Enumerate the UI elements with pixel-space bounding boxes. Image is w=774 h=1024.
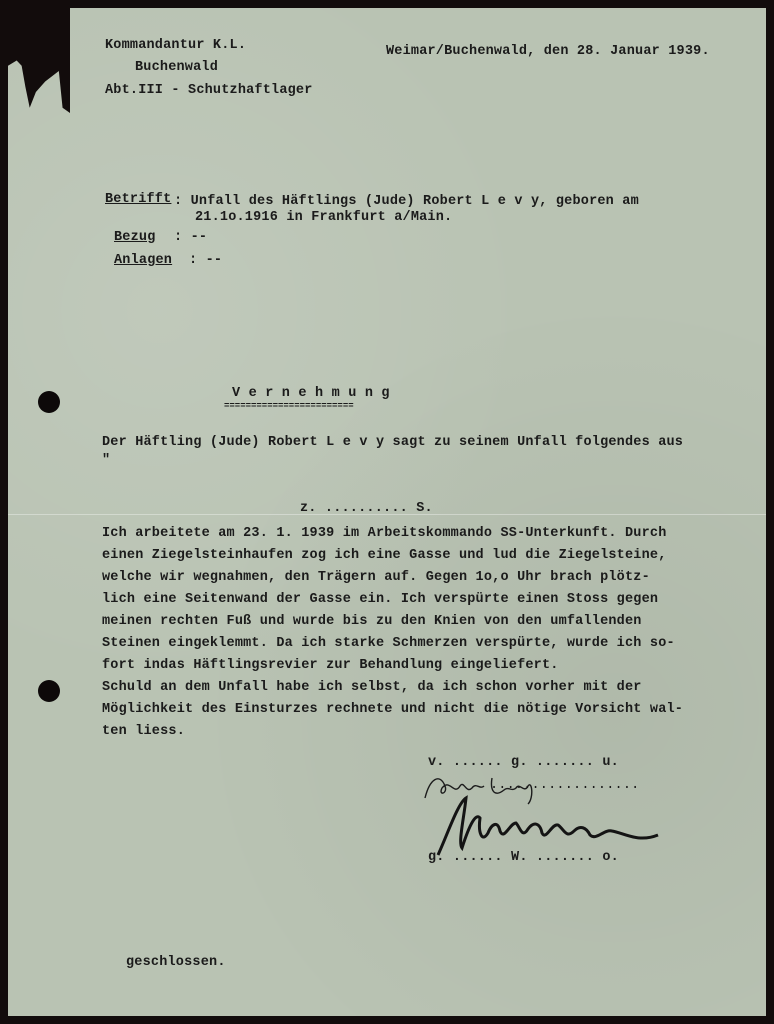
anlagen-label: Anlagen (114, 253, 172, 268)
place-date: Weimar/Buchenwald, den 28. Januar 1939. (386, 44, 710, 59)
zs-marker: z. .......... S. (300, 501, 433, 516)
title-underline: ======================== (224, 401, 354, 411)
statement-line: Steinen eingeklemmt. Da ich starke Schme… (102, 636, 675, 651)
intro-line2: " (102, 453, 110, 468)
statement-line: Möglichkeit des Einsturzes rechnete und … (102, 702, 683, 717)
statement-line: fort indas Häftlingsrevier zur Behandlun… (102, 658, 559, 673)
betrifft-text-2: 21.1o.1916 in Frankfurt a/Main. (195, 210, 452, 225)
document-title: V e r n e h m u n g (232, 386, 390, 401)
document-page: Kommandantur K.L. Buchenwald Abt.III - S… (8, 8, 766, 1016)
letterhead-line2: Buchenwald (135, 60, 218, 75)
gwo-line: g. ...... W. ....... o. (428, 850, 619, 865)
bezug-value: : -- (174, 230, 207, 245)
letterhead-line1: Kommandantur K.L. (105, 38, 246, 53)
letterhead-line3: Abt.III - Schutzhaftlager (105, 83, 313, 98)
anlagen-value: : -- (189, 253, 222, 268)
bezug-label: Bezug (114, 230, 156, 245)
statement-line: welche wir wegnahmen, den Trägern auf. G… (102, 570, 650, 585)
punch-hole-bottom (38, 680, 60, 702)
punch-hole-top (38, 391, 60, 413)
statement-line: lich eine Seitenwand der Gasse ein. Ich … (102, 592, 658, 607)
statement-line: ten liess. (102, 724, 185, 739)
betrifft-label: Betrifft (105, 192, 171, 207)
betrifft-text-1: : Unfall des Häftlings (Jude) Robert L e… (174, 194, 639, 209)
torn-corner (8, 8, 70, 113)
statement-line: meinen rechten Fuß und wurde bis zu den … (102, 614, 642, 629)
statement-line: Schuld an dem Unfall habe ich selbst, da… (102, 680, 642, 695)
intro-line1: Der Häftling (Jude) Robert L e v y sagt … (102, 435, 683, 450)
statement-line: Ich arbeitete am 23. 1. 1939 im Arbeitsk… (102, 526, 667, 541)
statement-line: einen Ziegelsteinhaufen zog ich eine Gas… (102, 548, 667, 563)
closing-text: geschlossen. (126, 955, 226, 970)
